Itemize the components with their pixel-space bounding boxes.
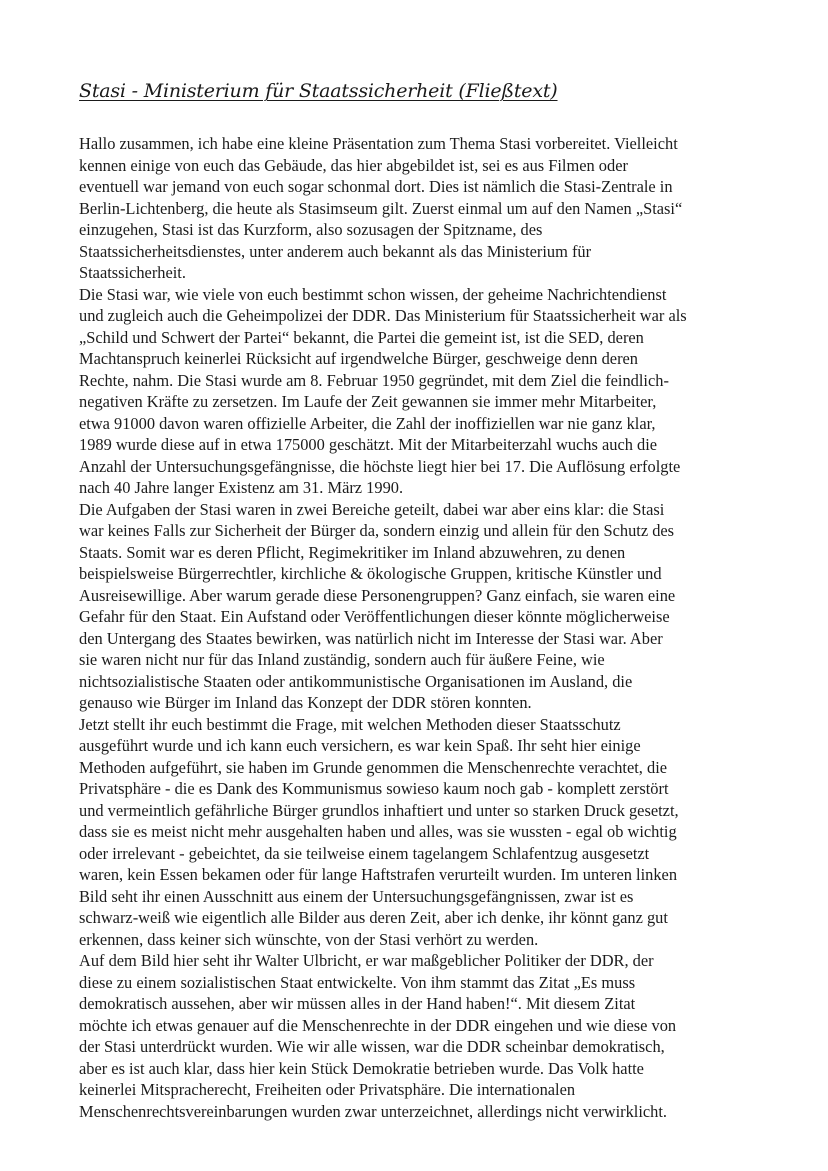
text-line: Berlin-Lichtenberg, die heute als Stasim… [79,198,779,220]
text-line: der Stasi unterdrückt wurden. Wie wir al… [79,1036,779,1058]
text-line: und zugleich auch die Geheimpolizei der … [79,305,779,327]
text-line: waren, kein Essen bekamen oder für lange… [79,864,779,886]
text-line: Auf dem Bild hier seht ihr Walter Ulbric… [79,950,779,972]
text-line: dass sie es meist nicht mehr ausgehalten… [79,821,779,843]
document-title: Stasi - Ministerium für Staatssicherheit… [79,80,558,102]
text-line: Bild seht ihr einen Ausschnitt aus einem… [79,886,779,908]
text-line: beispielsweise Bürgerrechtler, kirchlich… [79,563,779,585]
text-line: Gefahr für den Staat. Ein Aufstand oder … [79,606,779,628]
text-line: etwa 91000 davon waren offizielle Arbeit… [79,413,779,435]
text-line: Methoden aufgeführt, sie haben im Grunde… [79,757,779,779]
text-line: schwarz-weiß wie eigentlich alle Bilder … [79,907,779,929]
text-line: Rechte, nahm. Die Stasi wurde am 8. Febr… [79,370,779,392]
text-line: genauso wie Bürger im Inland das Konzept… [79,692,779,714]
text-line: Privatsphäre - die es Dank des Kommunism… [79,778,779,800]
text-line: Menschenrechtsvereinbarungen wurden zwar… [79,1101,779,1123]
text-line: Hallo zusammen, ich habe eine kleine Prä… [79,133,779,155]
text-line: Ausreisewillige. Aber warum gerade diese… [79,585,779,607]
text-line: eventuell war jemand von euch sogar scho… [79,176,779,198]
text-line: keinerlei Mitspracherecht, Freiheiten od… [79,1079,779,1101]
text-line: erkennen, dass keiner sich wünschte, von… [79,929,779,951]
text-line: aber es ist auch klar, dass hier kein St… [79,1058,779,1080]
text-line: den Untergang des Staates bewirken, was … [79,628,779,650]
text-line: Machtanspruch keinerlei Rücksicht auf ir… [79,348,779,370]
text-line: Die Stasi war, wie viele von euch bestim… [79,284,779,306]
document-body: Hallo zusammen, ich habe eine kleine Prä… [79,133,779,1122]
text-line: oder irrelevant - gebeichtet, da sie tei… [79,843,779,865]
text-line: negativen Kräfte zu zersetzen. Im Laufe … [79,391,779,413]
text-line: Jetzt stellt ihr euch bestimmt die Frage… [79,714,779,736]
text-line: ausgeführt wurde und ich kann euch versi… [79,735,779,757]
document-page: Stasi - Ministerium für Staatssicherheit… [0,0,828,1171]
text-line: diese zu einem sozialistischen Staat ent… [79,972,779,994]
text-line: Staats. Somit war es deren Pflicht, Regi… [79,542,779,564]
text-line: möchte ich etwas genauer auf die Mensche… [79,1015,779,1037]
text-line: 1989 wurde diese auf in etwa 175000 gesc… [79,434,779,456]
text-line: Staatssicherheit. [79,262,779,284]
text-line: nach 40 Jahre langer Existenz am 31. Mär… [79,477,779,499]
text-line: Anzahl der Untersuchungsgefängnisse, die… [79,456,779,478]
text-line: einzugehen, Stasi ist das Kurzform, also… [79,219,779,241]
text-line: war keines Falls zur Sicherheit der Bürg… [79,520,779,542]
text-line: und vermeintlich gefährliche Bürger grun… [79,800,779,822]
text-line: kennen einige von euch das Gebäude, das … [79,155,779,177]
text-line: demokratisch aussehen, aber wir müssen a… [79,993,779,1015]
text-line: sie waren nicht nur für das Inland zustä… [79,649,779,671]
text-line: „Schild und Schwert der Partei“ bekannt,… [79,327,779,349]
text-line: nichtsozialistische Staaten oder antikom… [79,671,779,693]
text-line: Staatssicherheitsdienstes, unter anderem… [79,241,779,263]
text-line: Die Aufgaben der Stasi waren in zwei Ber… [79,499,779,521]
